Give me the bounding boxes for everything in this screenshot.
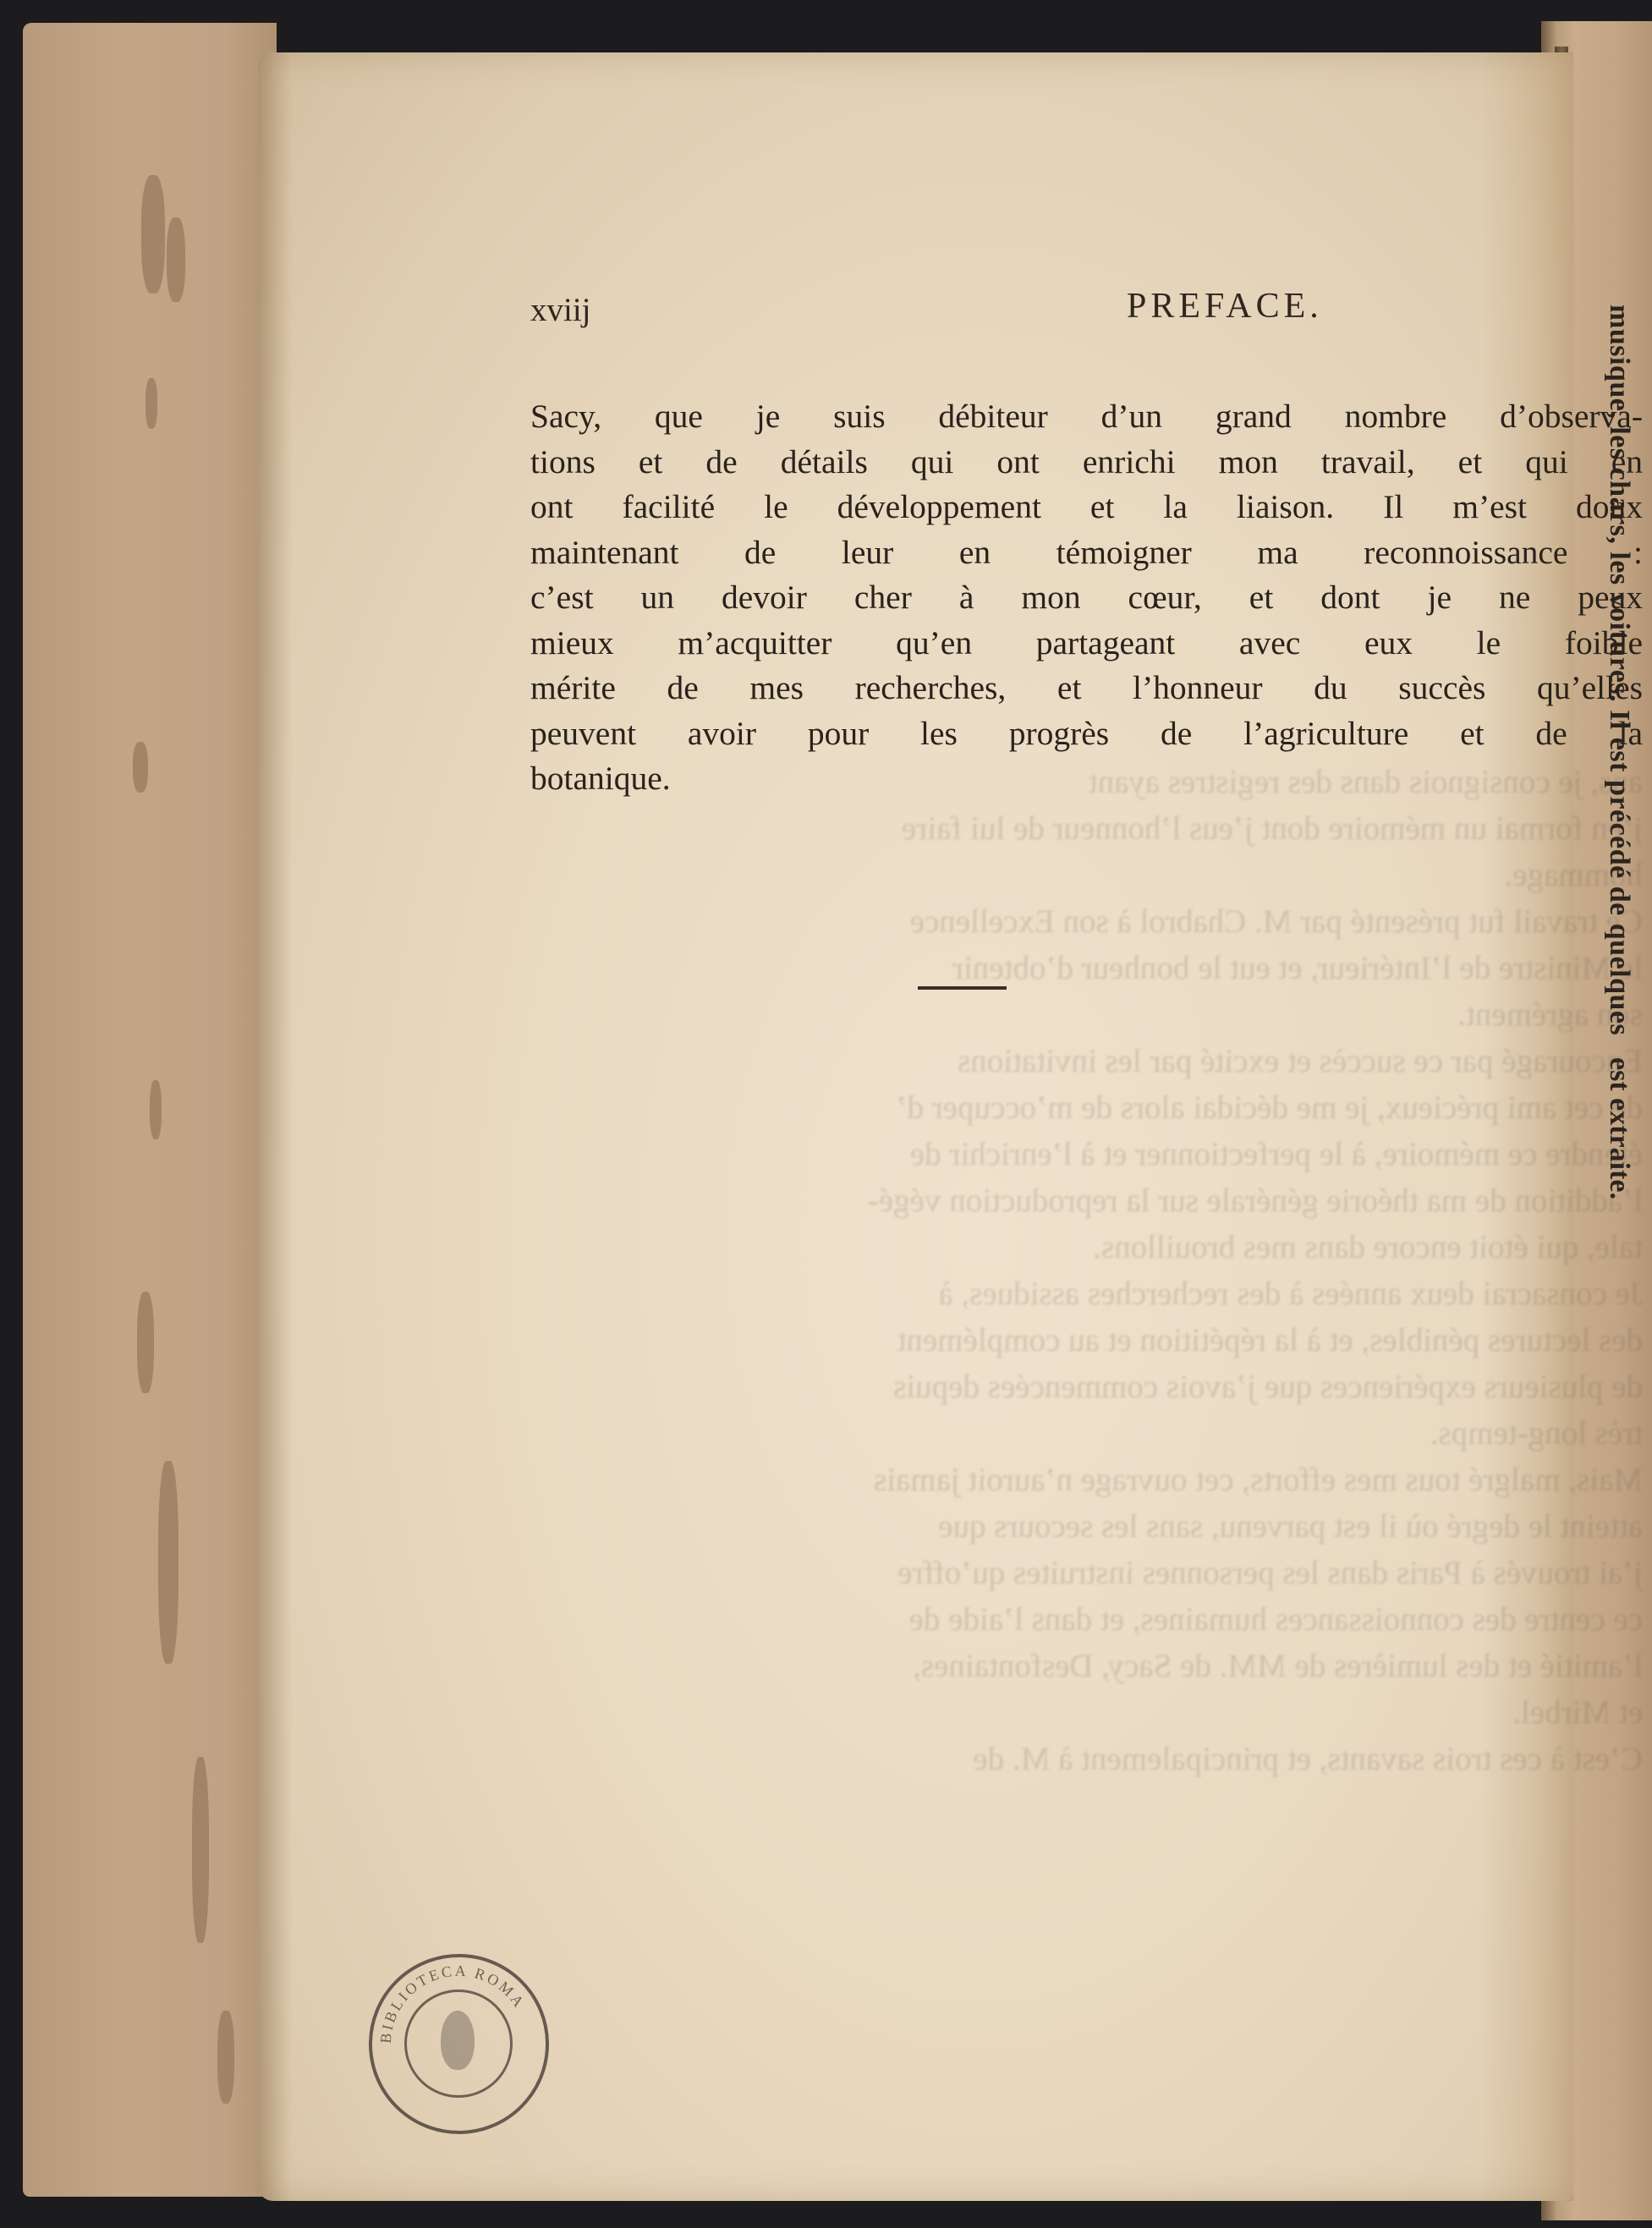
page-number: xviij <box>530 291 591 329</box>
text-line: c’est un devoir cher à mon cœur, et dont… <box>530 575 1643 621</box>
stamp-inner-ring <box>404 1989 513 2098</box>
text-line: maintenant de leur en témoigner ma recon… <box>530 530 1643 576</box>
text-line: Sacy, que je suis débiteur d’un grand no… <box>530 394 1643 440</box>
show-through-text: ans, je consignois dans des registres ay… <box>530 759 1643 1782</box>
page-header: xviij PREFACE. <box>530 286 1647 337</box>
book-page: ans, je consignois dans des registres ay… <box>258 52 1573 2201</box>
body-paragraph: Sacy, que je suis débiteur d’un grand no… <box>530 394 1643 802</box>
stamp-emblem-icon <box>441 2011 475 2070</box>
water-stain <box>137 1292 154 1393</box>
text-line: ont facilité le développement et la liai… <box>530 485 1643 530</box>
library-stamp: BIBLIOTECA ROMA <box>369 1954 549 2134</box>
section-divider-rule <box>918 986 1007 990</box>
running-title: PREFACE. <box>1127 286 1323 327</box>
water-stain <box>145 378 157 429</box>
water-stain <box>192 1757 209 1943</box>
left-cover-board <box>23 23 277 2197</box>
water-stain <box>158 1461 178 1664</box>
text-line: mieux m’acquitter qu’en partageant avec … <box>530 621 1643 667</box>
water-stain <box>133 742 148 793</box>
text-line: peuvent avoir pour les progrès de l’agri… <box>530 711 1643 757</box>
water-stain <box>141 175 165 294</box>
water-stain <box>217 2011 234 2104</box>
water-stain <box>167 217 185 302</box>
page-gutter-shadow <box>258 52 292 2201</box>
text-line: tions et de détails qui ont enrichi mon … <box>530 440 1643 486</box>
text-line: botanique. <box>530 756 1643 802</box>
water-stain <box>150 1080 162 1139</box>
text-line: mérite de mes recherches, et l’honneur d… <box>530 666 1643 711</box>
